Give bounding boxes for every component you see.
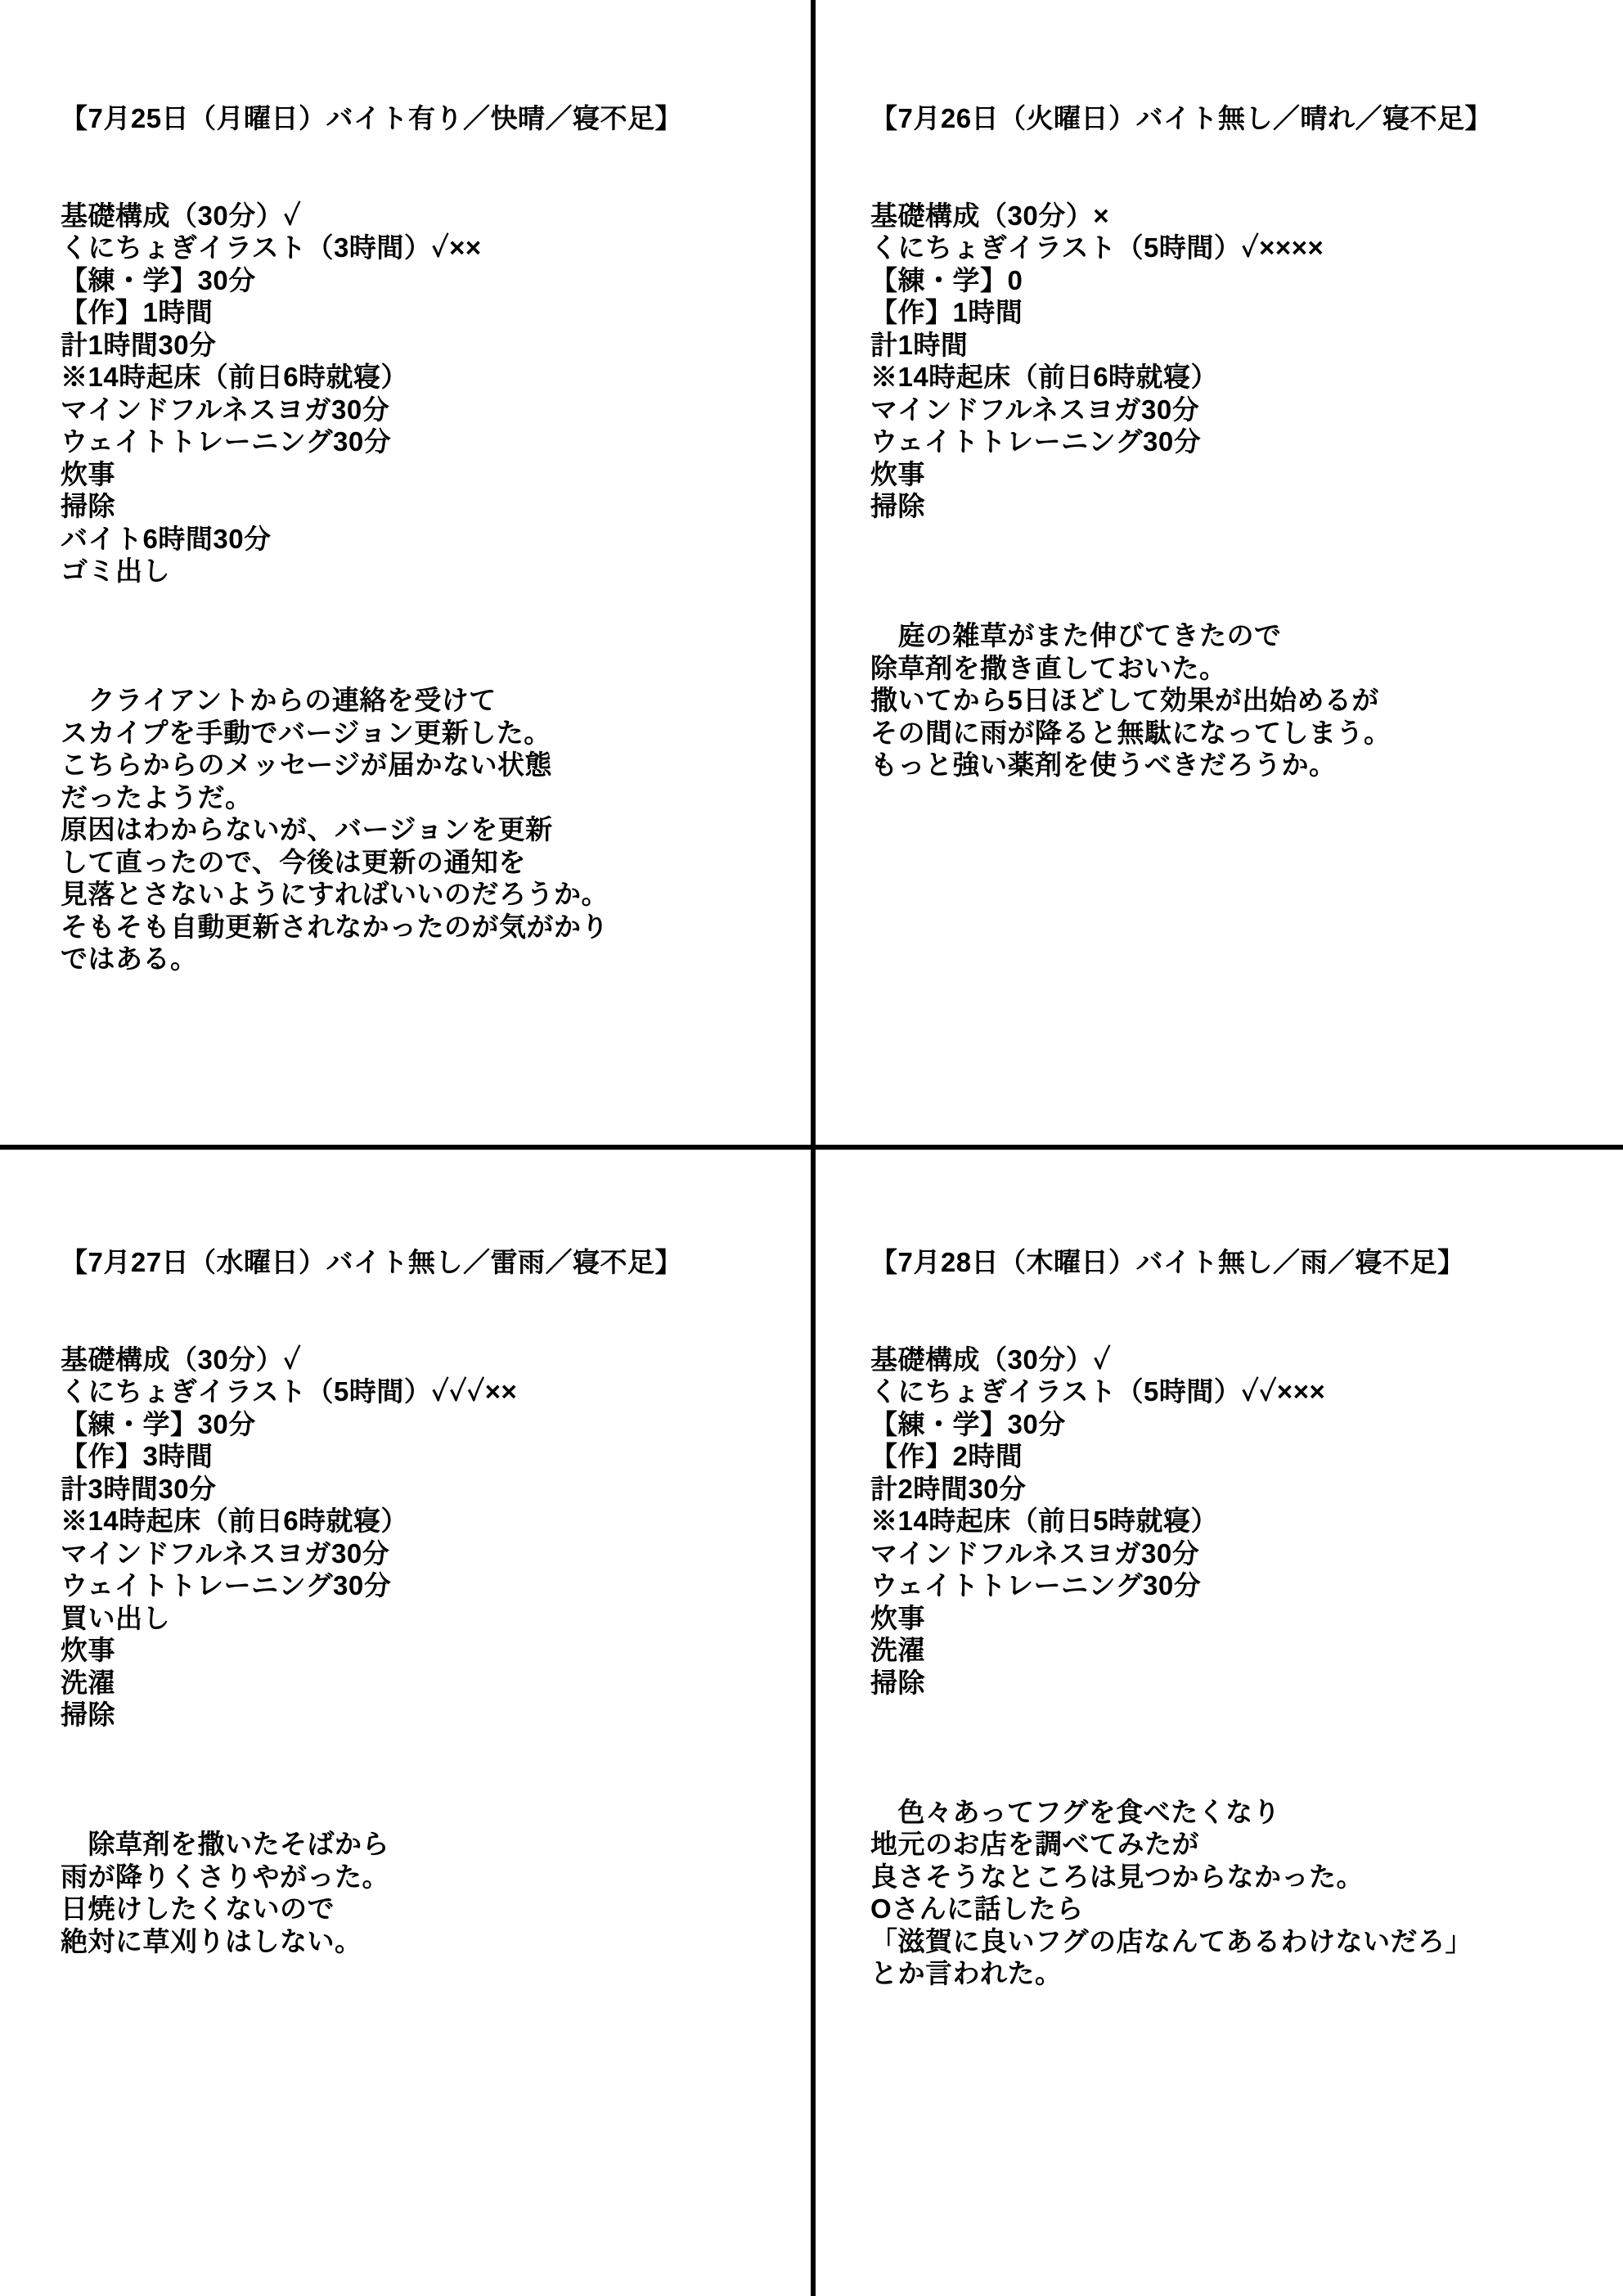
entry-log-lines: 基礎構成（30分）× くにちょぎイラスト（5時間）✓×××× 【練・学】0 【作… [870, 200, 1611, 523]
entry-note: クライアントからの連絡を受けて スカイプを手動でバージョン更新した。 こちらから… [61, 684, 801, 975]
entry-title: 【7月27日（水曜日）バイト無し／雷雨／寝不足】 [61, 1246, 801, 1279]
entry-note: 色々あってフグを食べたくなり 地元のお店を調べてみたが 良さそうなところは見つか… [870, 1796, 1611, 1990]
entry-note: 庭の雑草がまた伸びてきたので 除草剤を撒き直しておいた。 撒いてから5日ほどして… [870, 619, 1611, 781]
diary-entry-jul25: 【7月25日（月曜日）バイト有り／快晴／寝不足】 基礎構成（30分）✓ くにちょ… [61, 38, 801, 1007]
divider-horizontal [0, 1145, 1623, 1150]
entry-note: 除草剤を撒いたそばから 雨が降りくさりやがった。 日焼けしたくないので 絶対に草… [61, 1828, 801, 1957]
diary-entry-jul26: 【7月26日（火曜日）バイト無し／晴れ／寝不足】 基礎構成（30分）× くにちょ… [870, 38, 1611, 813]
entry-title: 【7月26日（火曜日）バイト無し／晴れ／寝不足】 [870, 102, 1611, 135]
diary-entry-jul27: 【7月27日（水曜日）バイト無し／雷雨／寝不足】 基礎構成（30分）✓ くにちょ… [61, 1182, 801, 1990]
entry-title: 【7月28日（木曜日）バイト無し／雨／寝不足】 [870, 1246, 1611, 1279]
diary-entry-jul28: 【7月28日（木曜日）バイト無し／雨／寝不足】 基礎構成（30分）✓ くにちょぎ… [870, 1182, 1611, 2022]
diary-page: { "colors": { "background": "#ffffff", "… [0, 0, 1623, 2296]
entry-log-lines: 基礎構成（30分）✓ くにちょぎイラスト（5時間）✓✓××× 【練・学】30分 … [870, 1344, 1611, 1699]
entry-log-lines: 基礎構成（30分）✓ くにちょぎイラスト（3時間）✓×× 【練・学】30分 【作… [61, 200, 801, 588]
entry-log-lines: 基礎構成（30分）✓ くにちょぎイラスト（5時間）✓✓✓×× 【練・学】30分 … [61, 1344, 801, 1731]
entry-title: 【7月25日（月曜日）バイト有り／快晴／寝不足】 [61, 102, 801, 135]
